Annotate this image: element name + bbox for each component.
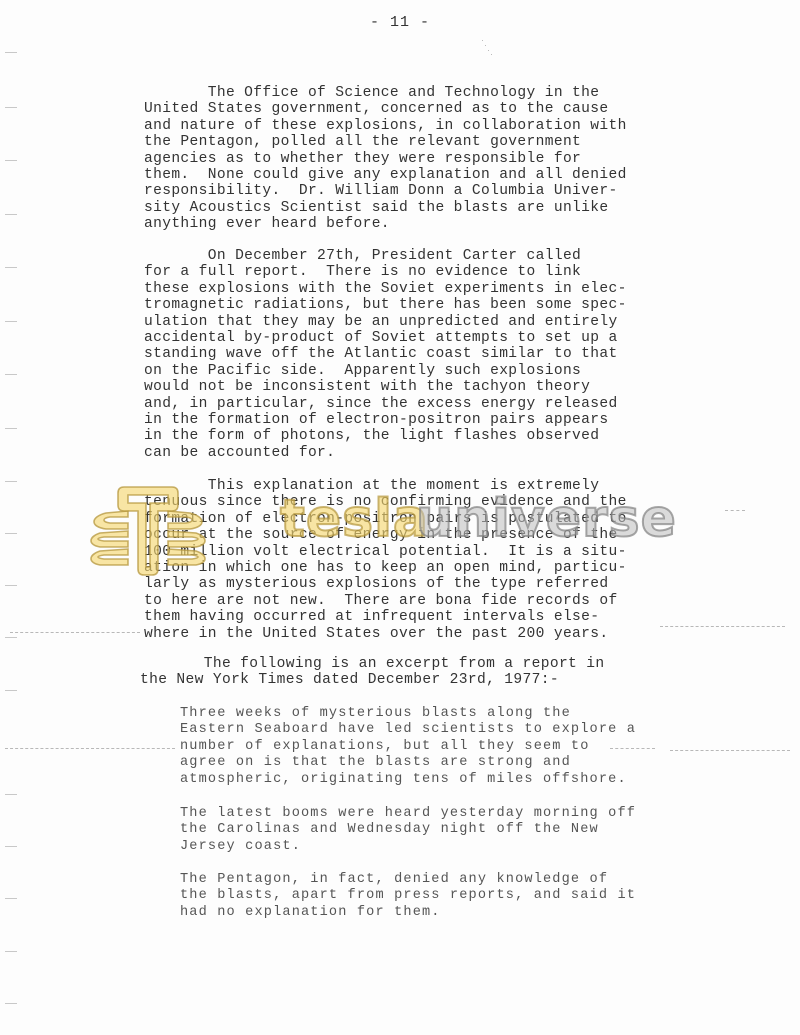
margin-tick	[5, 107, 17, 108]
scan-dash-line	[660, 626, 785, 627]
margin-tick	[5, 321, 17, 322]
margin-tick	[5, 374, 17, 375]
scan-dash-line	[725, 510, 745, 511]
margin-tick	[5, 1003, 17, 1004]
scan-speck	[488, 50, 489, 51]
paragraph-office-of-science: The Office of Science and Technology in …	[144, 85, 627, 233]
paragraph-tenuous-explanation: This explanation at the moment is extrem…	[144, 478, 627, 642]
margin-tick	[5, 481, 17, 482]
margin-tick	[5, 267, 17, 268]
margin-tick	[5, 690, 17, 691]
margin-tick	[5, 898, 17, 899]
margin-tick	[5, 428, 17, 429]
margin-tick	[5, 160, 17, 161]
document-page: - 11 - The Office of Science and Technol…	[0, 0, 800, 1035]
margin-tick	[5, 794, 17, 795]
margin-tick	[5, 533, 17, 534]
scan-dash-line	[5, 748, 175, 749]
excerpt-paragraph-latest-booms: The latest booms were heard yesterday mo…	[180, 806, 636, 855]
margin-tick	[5, 951, 17, 952]
margin-tick	[5, 846, 17, 847]
excerpt-paragraph-pentagon: The Pentagon, in fact, denied any knowle…	[180, 872, 636, 921]
paragraph-president-carter: On December 27th, President Carter calle…	[144, 248, 627, 461]
margin-tick	[5, 52, 17, 53]
page-number: - 11 -	[0, 14, 800, 31]
scan-speck	[485, 45, 486, 46]
margin-tick	[5, 585, 17, 586]
scan-dash-line	[670, 750, 790, 751]
scan-dash-line	[10, 632, 140, 633]
scan-speck	[482, 40, 483, 41]
paragraph-nyt-intro: The following is an excerpt from a repor…	[140, 656, 605, 689]
margin-tick	[5, 214, 17, 215]
excerpt-paragraph-blasts: Three weeks of mysterious blasts along t…	[180, 706, 636, 788]
margin-tick	[5, 637, 17, 638]
scan-speck	[491, 54, 492, 55]
